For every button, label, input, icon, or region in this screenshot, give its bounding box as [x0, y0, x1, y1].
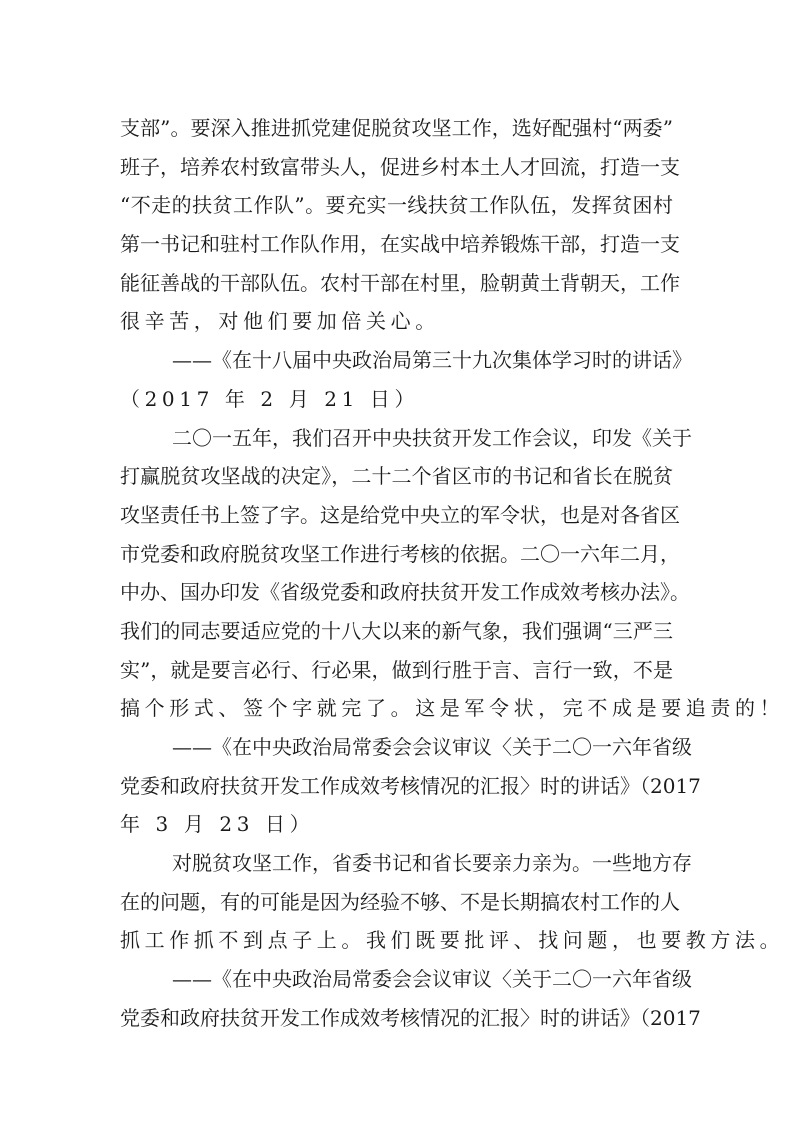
body-line: 我们的同志要适应党的十八大以来的新气象，我们强调“三严三	[120, 612, 673, 651]
body-line: 打赢脱贫攻坚战的决定》，二十二个省区市的书记和省长在脱贫	[120, 457, 673, 496]
body-line: 很辛苦，对他们要加倍关心。	[120, 302, 673, 341]
body-line: 支部”。要深入推进抓党建促脱贫攻坚工作，选好配强村“两委”	[120, 109, 673, 148]
body-line: 在的问题，有的可能是因为经验不够、不是长期搞农村工作的人	[120, 883, 673, 922]
citation-date: （2017 年 2 月 21 日）	[120, 380, 673, 419]
body-line: 二〇一五年，我们召开中央扶贫开发工作会议，印发《关于	[120, 419, 673, 458]
body-line: 班子，培养农村致富带头人，促进乡村本土人才回流，打造一支	[120, 148, 673, 187]
document-page: 支部”。要深入推进抓党建促脱贫攻坚工作，选好配强村“两委” 班子，培养农村致富带…	[120, 109, 673, 1038]
body-line: 抓工作抓不到点子上。我们既要批评、找问题，也要教方法。	[120, 921, 673, 960]
body-line: 搞个形式、签个字就完了。这是军令状，完不成是要追责的！	[120, 689, 673, 728]
body-line: 能征善战的干部队伍。农村干部在村里，脸朝黄土背朝天，工作	[120, 264, 673, 303]
body-line: “不走的扶贫工作队”。要充实一线扶贫工作队伍，发挥贫困村	[120, 186, 673, 225]
body-line: 实”，就是要言必行、行必果，做到行胜于言、言行一致，不是	[120, 651, 673, 690]
body-line: 中办、国办印发《省级党委和政府扶贫开发工作成效考核办法》。	[120, 573, 673, 612]
citation-line: 党委和政府扶贫开发工作成效考核情况的汇报〉时的讲话》（2017	[120, 999, 673, 1038]
citation-line: ——《在十八届中央政治局第三十九次集体学习时的讲话》	[120, 341, 673, 380]
body-line: 攻坚责任书上签了字。这是给党中央立的军令状，也是对各省区	[120, 496, 673, 535]
body-line: 第一书记和驻村工作队作用，在实战中培养锻炼干部，打造一支	[120, 225, 673, 264]
body-line: 对脱贫攻坚工作，省委书记和省长要亲力亲为。一些地方存	[120, 844, 673, 883]
body-line: 市党委和政府脱贫攻坚工作进行考核的依据。二〇一六年二月，	[120, 535, 673, 574]
citation-date: 年 3 月 23 日）	[120, 805, 673, 844]
citation-line: ——《在中央政治局常委会会议审议〈关于二〇一六年省级	[120, 960, 673, 999]
citation-line: ——《在中央政治局常委会会议审议〈关于二〇一六年省级	[120, 728, 673, 767]
citation-line: 党委和政府扶贫开发工作成效考核情况的汇报〉时的讲话》（2017	[120, 767, 673, 806]
